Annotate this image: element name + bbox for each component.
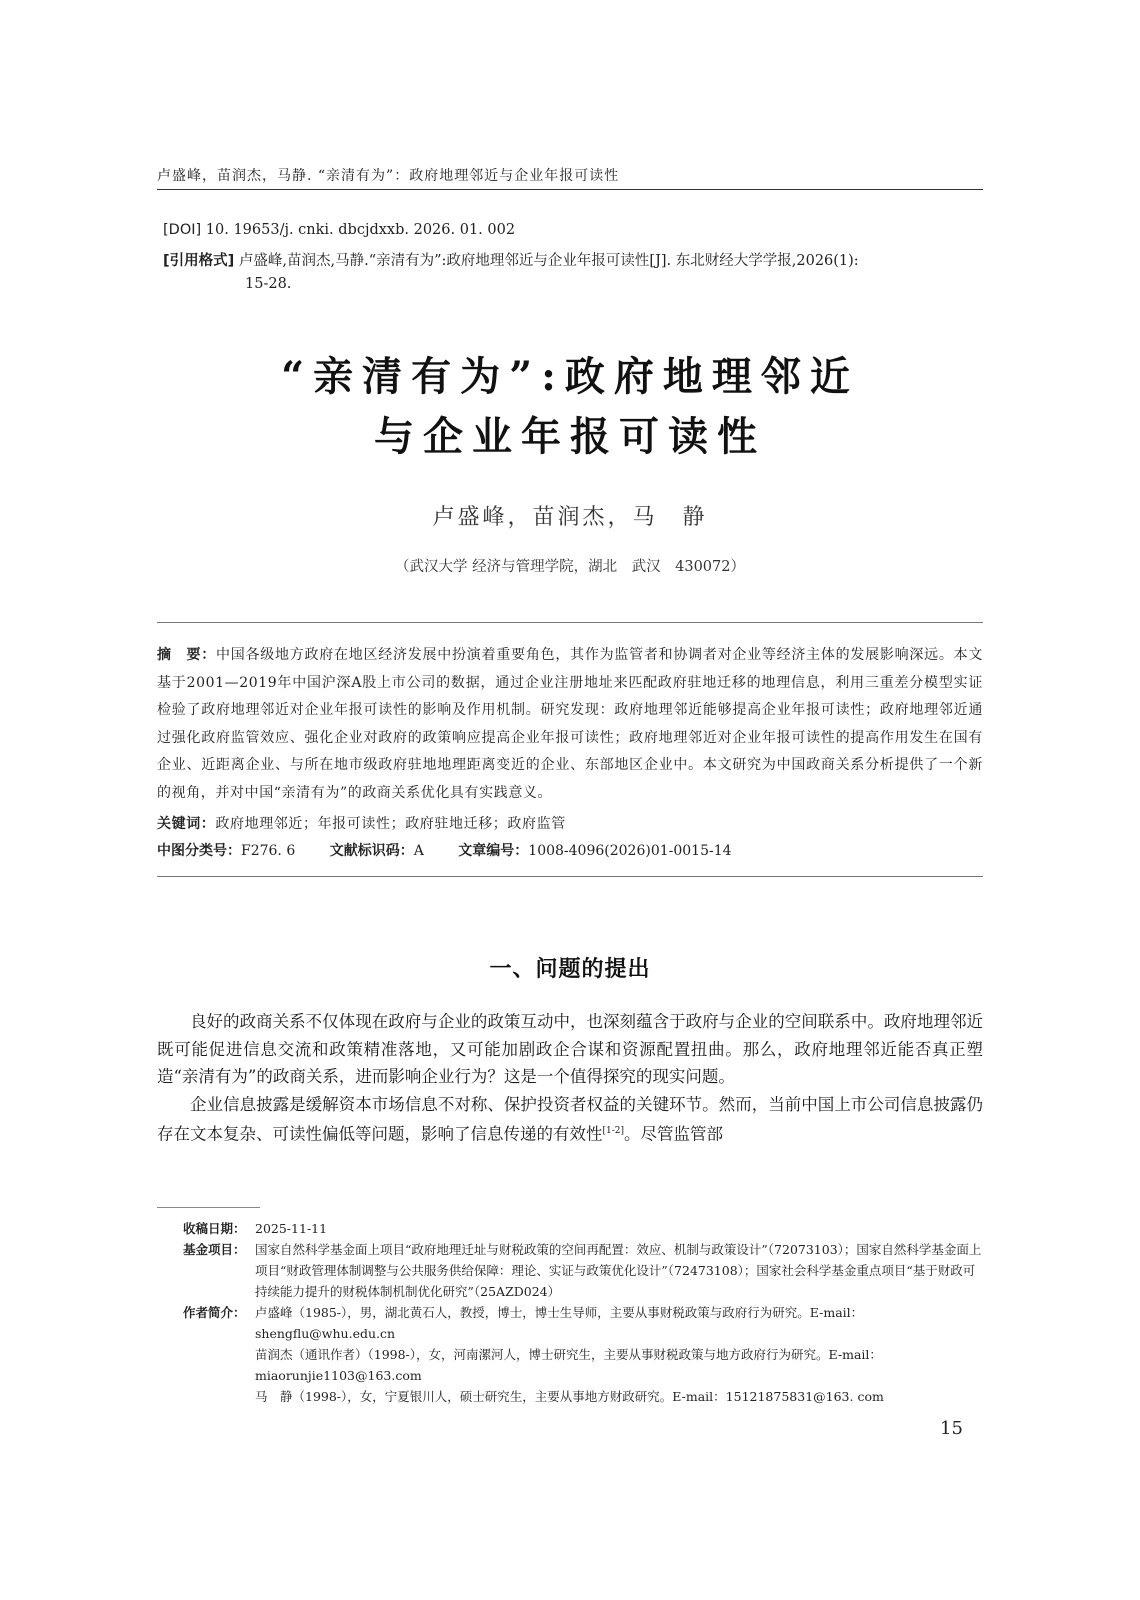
author-bio-1: 卢盛峰（1985-），男，湖北黄石人，教授，博士，博士生导师，主要从事财税政策与… <box>255 1302 983 1344</box>
author-bio-2: 苗润杰（通讯作者）（1998-），女，河南漯河人，博士研究生，主要从事财税政策与… <box>255 1344 983 1386</box>
footnote-received: 收稿日期： 2025-11-11 <box>183 1218 983 1239</box>
doc-code-value: A <box>414 843 424 859</box>
keywords-label: 关键词： <box>157 816 215 832</box>
doc-code-label: 文献标识码： <box>330 843 414 859</box>
citation-line: [引用格式] 卢盛峰,苗润杰,马静.“亲清有为”:政府地理邻近与企业年报可读性[… <box>163 249 859 270</box>
clc-value: F276. 6 <box>241 843 295 859</box>
paragraph-text: 企业信息披露是缓解资本市场信息不对称、保护投资者权益的关键环节。然而，当前中国上… <box>157 1095 983 1144</box>
fund-text: 国家自然科学基金面上项目“政府地理迁址与财税政策的空间再配置：效应、机制与政策设… <box>255 1239 983 1302</box>
doi-line: [DOI] 10. 19653/j. cnki. dbcjdxxb. 2026.… <box>163 222 515 238</box>
abstract-label: 摘 要： <box>157 647 216 663</box>
abstract: 摘 要：中国各级地方政府在地区经济发展中扮演着重要角色，其作为监管者和协调者对企… <box>157 642 983 807</box>
authors: 卢盛峰，苗润杰，马 静 <box>157 500 983 531</box>
citation-line-2: 15-28. <box>245 276 291 292</box>
header-rule <box>157 189 983 190</box>
footnote-fund: 基金项目： 国家自然科学基金面上项目“政府地理迁址与财税政策的空间再配置：效应、… <box>183 1239 983 1302</box>
paper-title-line-1: “亲清有为”:政府地理邻近 <box>157 345 983 402</box>
paragraph: 良好的政商关系不仅体现在政府与企业的政策互动中，也深刻蕴含于政府与企业的空间联系… <box>157 1008 983 1091</box>
footnotes: 收稿日期： 2025-11-11 基金项目： 国家自然科学基金面上项目“政府地理… <box>183 1218 983 1407</box>
article-no-value: 1008-4096(2026)01-0015-14 <box>528 843 731 859</box>
doi-label: [DOI] <box>163 222 201 238</box>
doi-value[interactable]: 10. 19653/j. cnki. dbcjdxxb. 2026. 01. 0… <box>206 222 515 238</box>
abstract-bottom-rule <box>157 876 983 877</box>
running-head: 卢盛峰，苗润杰，马静. “亲清有为”：政府地理邻近与企业年报可读性 <box>157 165 983 185</box>
citation-text: 卢盛峰,苗润杰,马静.“亲清有为”:政府地理邻近与企业年报可读性[J]. 东北财… <box>239 253 859 269</box>
abstract-text: 中国各级地方政府在地区经济发展中扮演着重要角色，其作为监管者和协调者对企业等经济… <box>157 647 983 801</box>
footnote-rule <box>157 1207 260 1208</box>
paragraph-tail: 。尽管监管部 <box>624 1125 723 1144</box>
classification-line: 中图分类号：F276. 6 文献标识码：A 文章编号：1008-4096(202… <box>157 840 732 860</box>
paper-title-line-2: 与企业年报可读性 <box>157 405 983 462</box>
abstract-top-rule <box>157 622 983 623</box>
paragraph: 企业信息披露是缓解资本市场信息不对称、保护投资者权益的关键环节。然而，当前中国上… <box>157 1091 983 1149</box>
author-info-label: 作者简介： <box>183 1302 255 1407</box>
page-number: 15 <box>940 1418 963 1439</box>
footnote-authors: 作者简介： 卢盛峰（1985-），男，湖北黄石人，教授，博士，博士生导师，主要从… <box>183 1302 983 1407</box>
received-label: 收稿日期： <box>183 1218 255 1239</box>
clc-label: 中图分类号： <box>157 843 241 859</box>
received-date: 2025-11-11 <box>255 1218 983 1239</box>
citation-label: [引用格式] <box>163 253 234 269</box>
keywords: 关键词：政府地理邻近；年报可读性；政府驻地迁移；政府监管 <box>157 813 566 833</box>
affiliation: （武汉大学 经济与管理学院，湖北 武汉 430072） <box>157 555 983 576</box>
author-bio-3: 马 静（1998-），女，宁夏银川人，硕士研究生，主要从事地方财政研究。E-ma… <box>255 1386 983 1407</box>
keywords-text: 政府地理邻近；年报可读性；政府驻地迁移；政府监管 <box>215 816 565 832</box>
fund-label: 基金项目： <box>183 1239 255 1302</box>
section-heading: 一、问题的提出 <box>157 952 983 983</box>
body-text: 良好的政商关系不仅体现在政府与企业的政策互动中，也深刻蕴含于政府与企业的空间联系… <box>157 1008 983 1148</box>
article-no-label: 文章编号： <box>458 843 528 859</box>
citation-reference[interactable]: [1-2] <box>603 1126 625 1136</box>
